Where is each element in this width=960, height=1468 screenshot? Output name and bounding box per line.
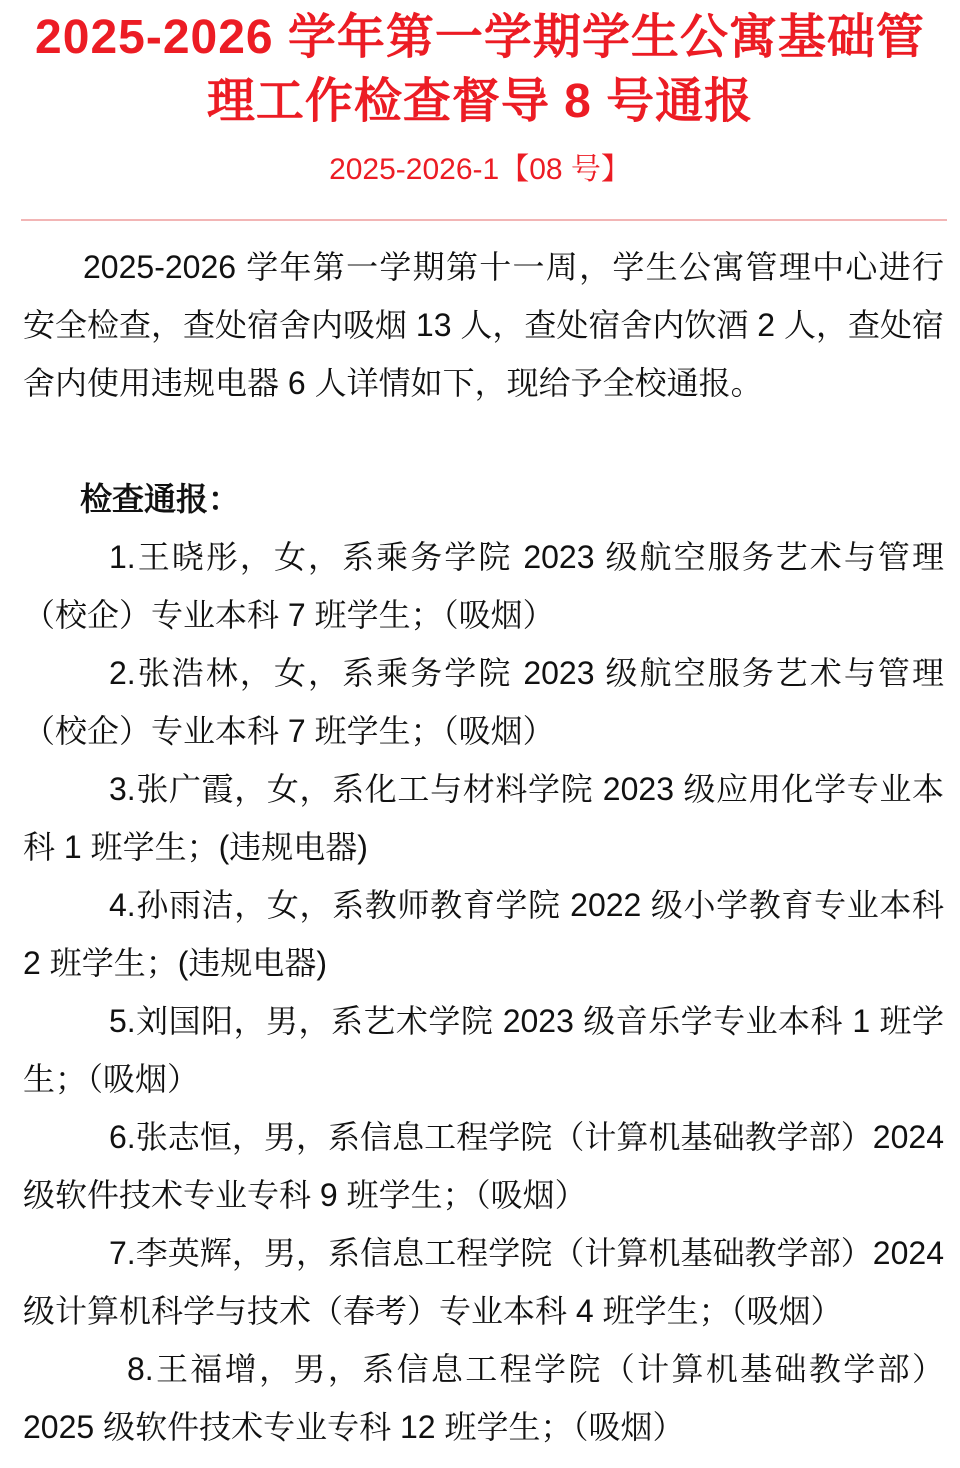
violation-item-4: 4.孙雨洁，女，系教师教育学院 2022 级小学教育专业本科 2 班学生；(违规… [23,876,944,992]
violation-item-6: 6.张志恒，男，系信息工程学院（计算机基础教学部）2024 级软件技术专业专科 … [23,1108,944,1224]
issue-number: 2025-2026-1【08 号】 [0,150,960,190]
violation-item-5: 5.刘国阳，男，系艺术学院 2023 级音乐学专业本科 1 班学生；（吸烟） [23,992,944,1108]
page-title-line-2: 理工作检查督导 8 号通报 [30,70,930,134]
violation-item-2: 2.张浩林，女，系乘务学院 2023 级航空服务艺术与管理（校企）专业本科 7 … [23,644,944,760]
section-heading: 检查通报： [23,470,944,528]
document-page: 2025-2026 学年第一学期学生公寓基础管 理工作检查督导 8 号通报 20… [0,0,960,1468]
intro-paragraph: 2025-2026 学年第一学期第十一周，学生公寓管理中心进行安全检查，查处宿舍… [23,238,944,412]
violation-item-3: 3.张广霞，女，系化工与材料学院 2023 级应用化学专业本科 1 班学生；(违… [23,760,944,876]
violation-item-1: 1.王晓彤，女，系乘务学院 2023 级航空服务艺术与管理（校企）专业本科 7 … [23,528,944,644]
violation-item-8: 8.王福增，男，系信息工程学院（计算机基础教学部）2025 级软件技术专业专科 … [23,1340,944,1456]
page-title-line-1: 2025-2026 学年第一学期学生公寓基础管 [30,6,930,70]
notice-body: 2025-2026 学年第一学期第十一周，学生公寓管理中心进行安全检查，查处宿舍… [0,238,960,1456]
violation-item-7: 7.李英辉，男，系信息工程学院（计算机基础教学部）2024 级计算机科学与技术（… [23,1224,944,1340]
divider-line [21,219,947,221]
page-title: 2025-2026 学年第一学期学生公寓基础管 理工作检查督导 8 号通报 [0,0,960,134]
